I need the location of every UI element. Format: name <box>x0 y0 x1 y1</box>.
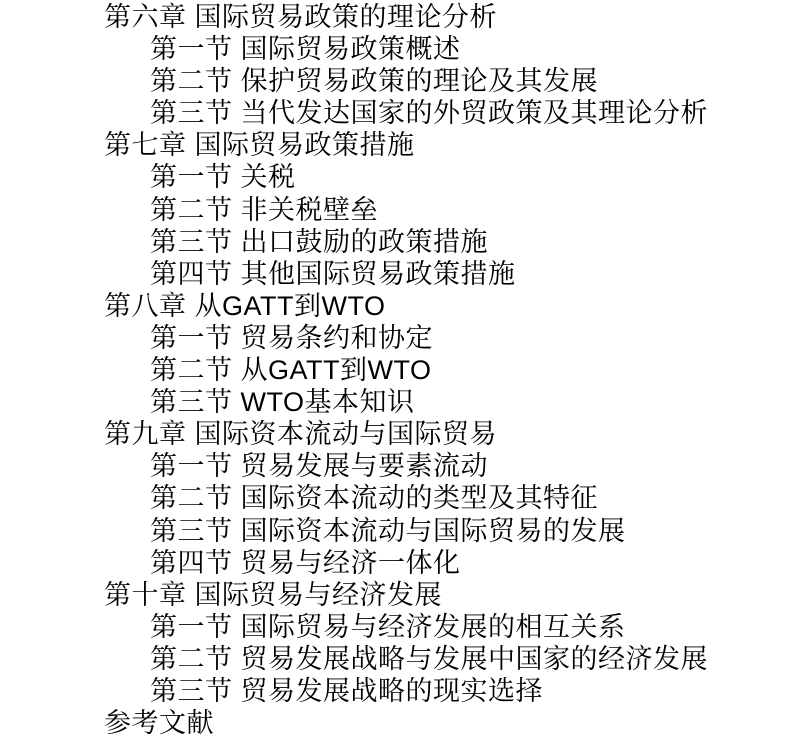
toc-chapter-line: 第十章 国际贸易与经济发展 <box>0 579 790 611</box>
toc-section-line: 第一节 关税 <box>0 161 790 193</box>
toc-section-line: 第二节 非关税壁垒 <box>0 194 790 226</box>
toc-section-line: 第二节 国际资本流动的类型及其特征 <box>0 482 790 514</box>
toc-page: 第六章 国际贸易政策的理论分析第一节 国际贸易政策概述第二节 保护贸易政策的理论… <box>0 0 790 740</box>
toc-section-line: 第三节 出口鼓励的政策措施 <box>0 226 790 258</box>
toc-chapter-line: 参考文献 <box>0 707 790 739</box>
toc-section-line: 第四节 贸易与经济一体化 <box>0 547 790 579</box>
toc-section-line: 第三节 当代发达国家的外贸政策及其理论分析 <box>0 97 790 129</box>
toc-section-line: 第一节 贸易发展与要素流动 <box>0 450 790 482</box>
toc-chapter-line: 第八章 从GATT到WTO <box>0 290 790 322</box>
toc-list: 第六章 国际贸易政策的理论分析第一节 国际贸易政策概述第二节 保护贸易政策的理论… <box>0 1 790 739</box>
toc-section-line: 第一节 国际贸易政策概述 <box>0 33 790 65</box>
toc-section-line: 第二节 保护贸易政策的理论及其发展 <box>0 65 790 97</box>
toc-chapter-line: 第六章 国际贸易政策的理论分析 <box>0 1 790 33</box>
toc-section-line: 第二节 从GATT到WTO <box>0 354 790 386</box>
toc-section-line: 第三节 国际资本流动与国际贸易的发展 <box>0 515 790 547</box>
toc-chapter-line: 第九章 国际资本流动与国际贸易 <box>0 418 790 450</box>
toc-section-line: 第一节 贸易条约和协定 <box>0 322 790 354</box>
toc-section-line: 第一节 国际贸易与经济发展的相互关系 <box>0 611 790 643</box>
toc-section-line: 第三节 贸易发展战略的现实选择 <box>0 675 790 707</box>
toc-section-line: 第四节 其他国际贸易政策措施 <box>0 258 790 290</box>
toc-chapter-line: 第七章 国际贸易政策措施 <box>0 129 790 161</box>
toc-section-line: 第三节 WTO基本知识 <box>0 386 790 418</box>
toc-section-line: 第二节 贸易发展战略与发展中国家的经济发展 <box>0 643 790 675</box>
